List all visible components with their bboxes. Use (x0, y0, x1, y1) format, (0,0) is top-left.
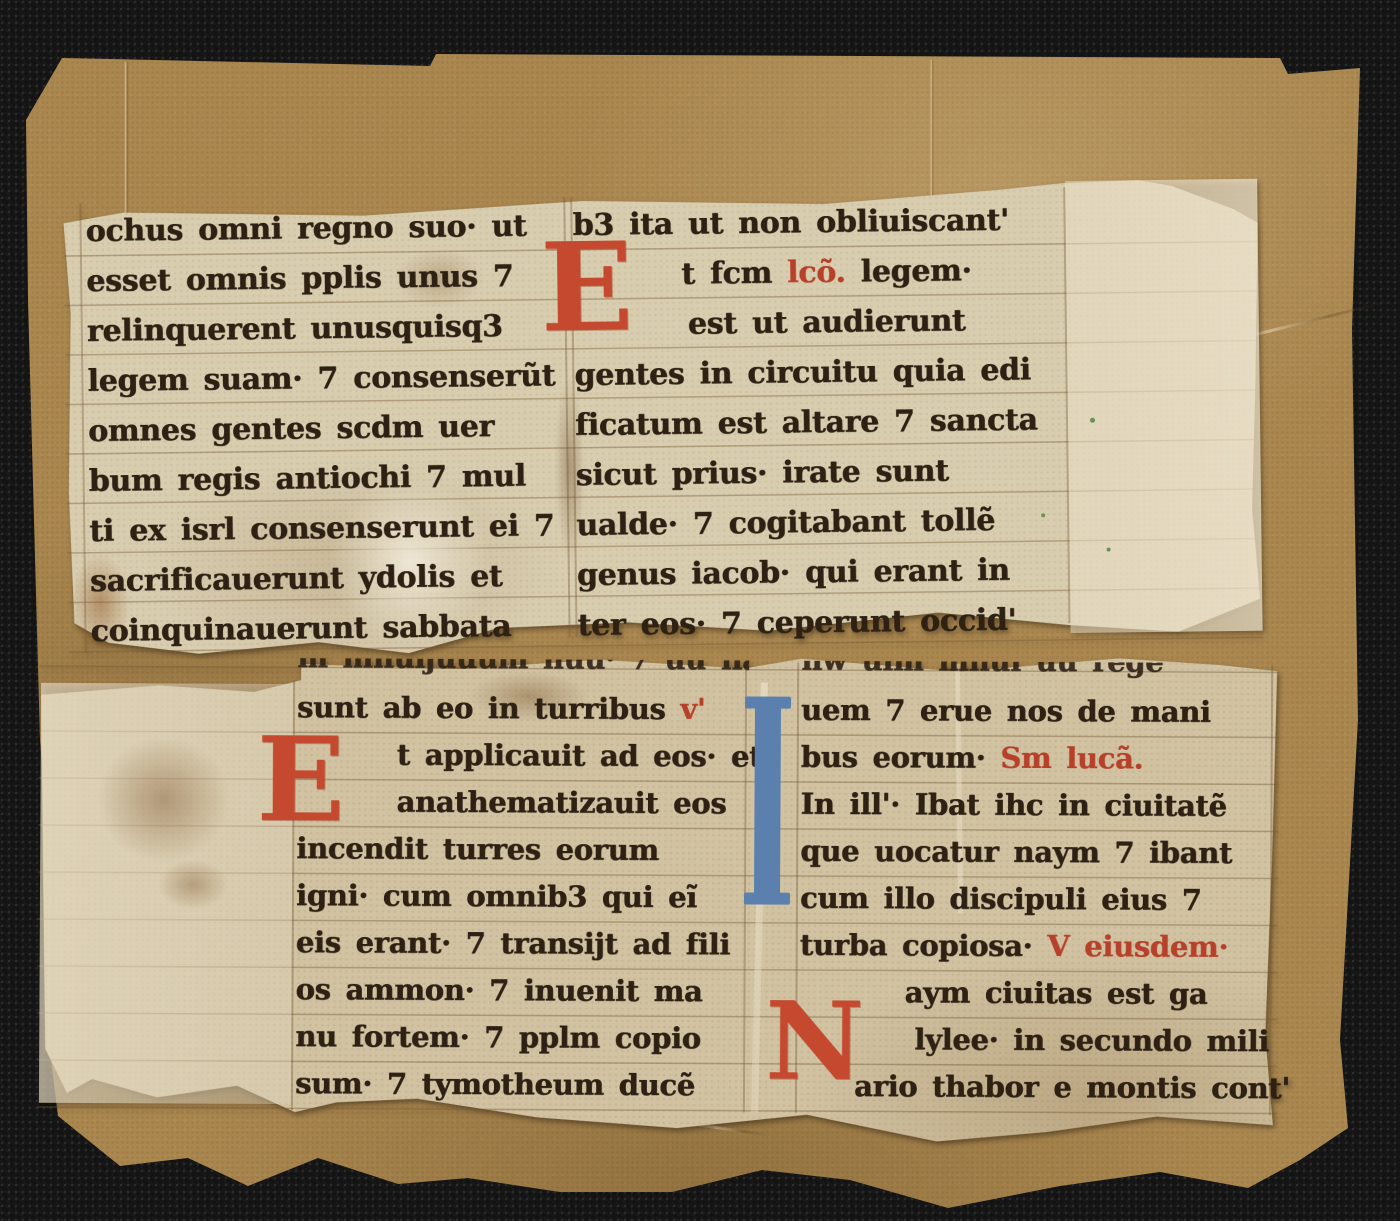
body-text: bus eorum· (801, 740, 1001, 775)
text-line: b3 ita ut non obliuiscant' (572, 195, 1073, 251)
text-line: incendit turres eorum (296, 825, 748, 874)
text-column-right: nw uım mnuı uu regẽuem 7 erue nos de man… (799, 661, 1271, 1112)
text-line: t fcm lcõ. legem· (573, 245, 1074, 301)
body-text: t applicauit ad eos· et (397, 738, 763, 774)
text-column-left: m mnuŋuuum nuu· 7 uu ııamsunt ab eo in t… (295, 658, 749, 1109)
body-text: ualde· 7 cogitabant tollẽ (576, 503, 995, 543)
body-text: m mnuŋuuum nuu· 7 uu ııam (297, 658, 749, 684)
text-line: uem 7 erue nos de mani (801, 687, 1271, 736)
initial-I-blue (744, 696, 793, 906)
body-text: nu fortem· 7 pplm copio (295, 1019, 701, 1055)
body-text: ter eos· 7 ceperunt occid' (577, 603, 1016, 643)
body-text: nw uım mnuı uu regẽ (801, 661, 1163, 686)
photograph-of-manuscript-fragments: ochus omni regno suo· utesset omnis ppli… (0, 0, 1400, 1221)
initial-E-red: E (256, 734, 345, 827)
body-text: os ammon· 7 inuenit ma (295, 972, 702, 1008)
body-text: esset omnis pplis unus 7 (86, 259, 513, 299)
rubric-text: V eiusdem· (1047, 929, 1228, 964)
body-text: ficatum est altare 7 sancta (575, 402, 1038, 443)
body-text: sacrificauerunt ydolis et (90, 559, 503, 599)
rubric-text: Sm lucã. (1000, 741, 1143, 776)
text-line: cum illo discipuli eius 7 (800, 875, 1270, 924)
text-column-right: b3 ita ut non obliuiscant't fcm lcõ. leg… (572, 195, 1077, 651)
rubric-text: v' (680, 692, 705, 726)
text-line: os ammon· 7 inuenit ma (295, 966, 747, 1015)
text-line: bus eorum· Sm lucã. (801, 734, 1271, 783)
body-text: uem 7 erue nos de mani (801, 693, 1211, 729)
body-text: sunt ab eo in turribus (297, 690, 680, 726)
body-text: sicut prius· irate sunt (575, 454, 948, 494)
text-line: genus iacob· qui erant in (577, 545, 1078, 601)
body-text: sum· 7 tymotheum ducẽ (295, 1066, 695, 1102)
body-text: cum illo discipuli eius 7 (800, 881, 1202, 917)
body-text: ochus omni regno suo· ut (85, 209, 526, 249)
text-line: eis erant· 7 transijt ad fili (296, 919, 748, 968)
text-line: sunt ab eo in turribus v' (297, 684, 749, 733)
text-line: est ut audierunt (574, 295, 1075, 351)
text-line: nu fortem· 7 pplm copio (295, 1013, 747, 1062)
text-line: sum· 7 tymotheum ducẽ (295, 1060, 747, 1109)
body-text: t fcm (681, 255, 787, 291)
text-line: esset omnis pplis unus 7 (86, 251, 573, 307)
initial-I-serif (744, 892, 790, 904)
text-line: legem suam· 7 consenserũt (87, 351, 574, 407)
text-line: In ill'· Ibat ihc in ciuitatẽ (800, 781, 1270, 830)
body-text: legem· (845, 253, 972, 290)
text-line: sacrificauerunt ydolis et (90, 551, 577, 607)
text-line: bum regis antiochi 7 mul (88, 451, 575, 507)
trimmed-text-line: nw uım mnuı uu regẽ (801, 661, 1271, 689)
rubric-text: lcõ. (787, 255, 846, 291)
initial-N-red: N (765, 999, 864, 1086)
body-text: gentes in circuitu quia edi (574, 353, 1031, 394)
text-line: aym ciuitas est ga (799, 969, 1269, 1018)
text-line: que uocatur naym 7 ibant (800, 828, 1270, 877)
body-text: que uocatur naym 7 ibant (800, 834, 1232, 870)
text-line: relinquerent unusquisq3 (87, 301, 574, 357)
text-line: turba copiosa· V eiusdem· (800, 922, 1270, 971)
text-line: sicut prius· irate sunt (575, 445, 1076, 501)
text-line: gentes in circuitu quia edi (574, 345, 1075, 401)
body-text: genus iacob· qui erant in (577, 553, 1010, 593)
text-line: omnes gentes scdm uer (88, 401, 575, 457)
body-text: bum regis antiochi 7 mul (88, 459, 525, 499)
text-line: ti ex isrl consenserunt ei 7 (89, 501, 576, 557)
body-text: b3 ita ut non obliuiscant' (572, 203, 1009, 243)
body-text: lylee· in secundo mili (914, 1022, 1269, 1058)
body-text: omnes gentes scdm uer (88, 409, 494, 449)
manuscript-fragment-bottom: m mnuŋuuum nuu· 7 uu ııamsunt ab eo in t… (37, 649, 1280, 1143)
body-text: In ill'· Ibat ihc in ciuitatẽ (800, 787, 1226, 823)
body-text: coinquinauerunt sabbata (90, 609, 511, 649)
text-line: ualde· 7 cogitabant tollẽ (576, 495, 1077, 551)
body-text: igni· cum omnib3 qui eĩ (296, 878, 697, 914)
text-line: lylee· in secundo mili (799, 1016, 1269, 1065)
body-text: relinquerent unusquisq3 (87, 309, 503, 349)
text-line: ochus omni regno suo· ut (85, 201, 572, 257)
body-text: eis erant· 7 transijt ad fili (296, 925, 730, 961)
body-text: ti ex isrl consenserunt ei 7 (89, 508, 554, 549)
manuscript-fragment-top: ochus omni regno suo· utesset omnis ppli… (63, 179, 1263, 666)
text-line: ario thabor e montis cont' (799, 1063, 1269, 1112)
text-line: t applicauit ad eos· et (297, 731, 749, 780)
text-column-left: ochus omni regno suo· utesset omnis ppli… (85, 201, 576, 657)
text-line: ficatum est altare 7 sancta (575, 395, 1076, 451)
body-text: turba copiosa· (800, 928, 1048, 963)
text-line: anathematizauit eos (296, 778, 748, 827)
body-text: incendit turres eorum (296, 831, 659, 867)
initial-E-red: E (540, 238, 634, 337)
text-line: igni· cum omnib3 qui eĩ (296, 872, 748, 921)
body-text: aym ciuitas est ga (904, 975, 1207, 1011)
body-text: ario thabor e montis cont' (854, 1069, 1290, 1105)
body-text: anathematizauit eos (396, 785, 726, 821)
trimmed-text-line: m mnuŋuuum nuu· 7 uu ııam (297, 658, 749, 686)
initial-I-stem (754, 703, 781, 901)
text-line: ter eos· 7 ceperunt occid' (577, 595, 1078, 651)
body-text: legem suam· 7 consenserũt (87, 358, 555, 399)
body-text: est ut audierunt (688, 303, 966, 341)
